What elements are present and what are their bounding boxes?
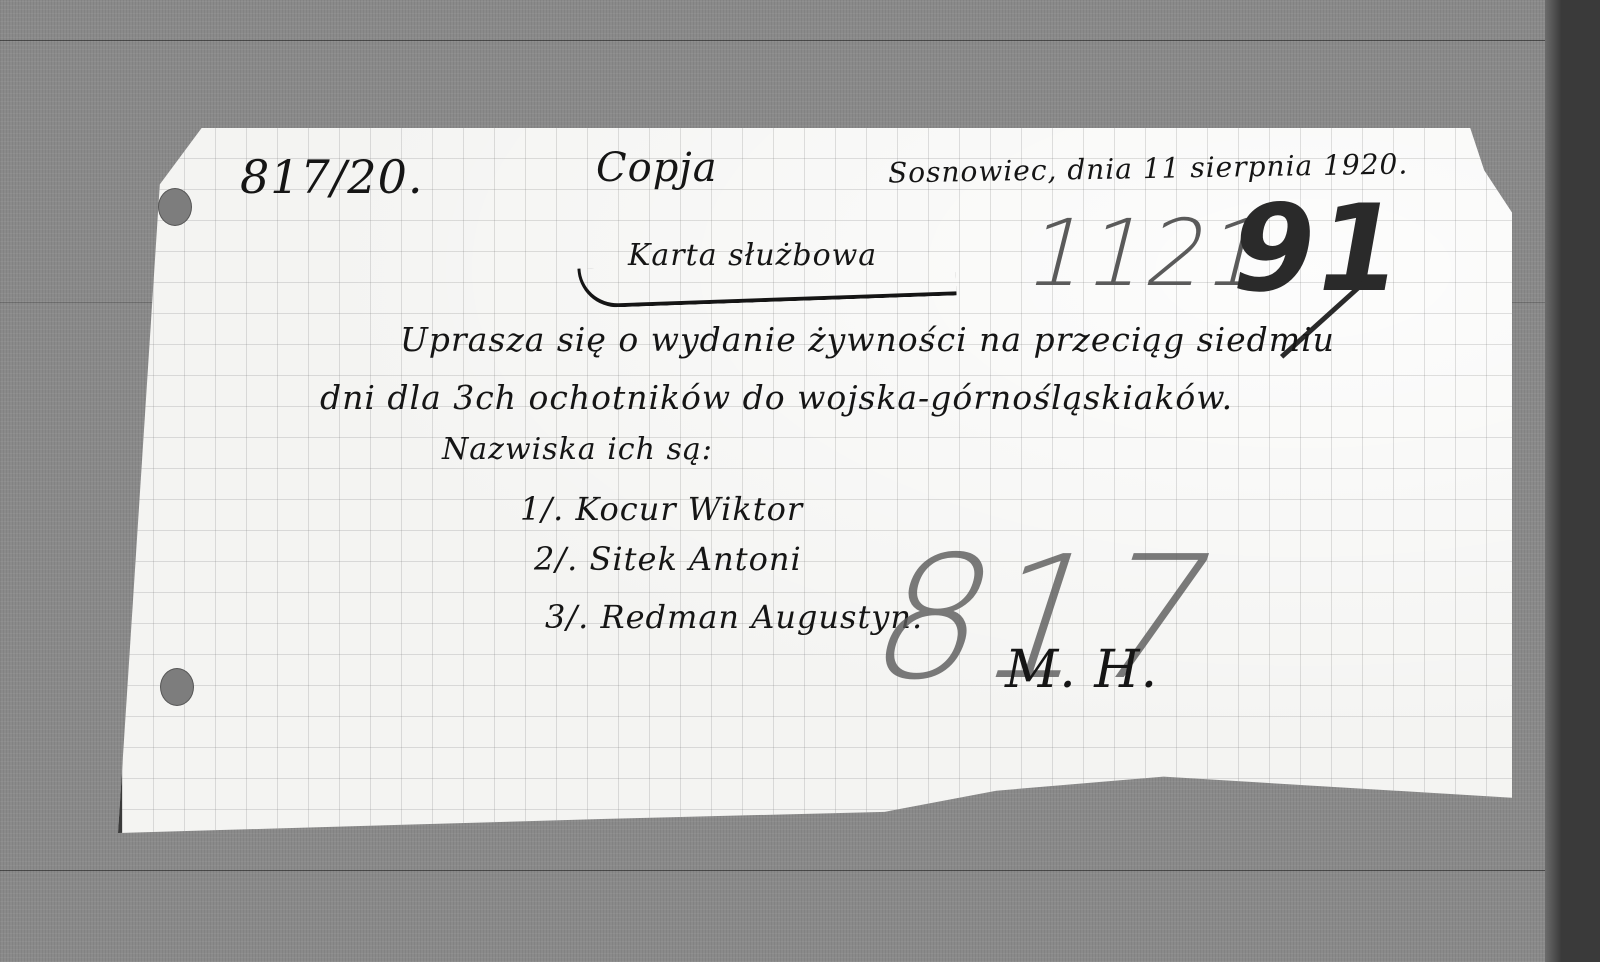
name-item-2: 2/. Sitek Antoni [534, 540, 802, 578]
copy-label: Copja [596, 145, 718, 191]
name-item-1: 1/. Kocur Wiktor [520, 490, 803, 528]
names-intro: Nazwiska ich są: [442, 432, 713, 467]
punch-hole-top [158, 188, 192, 226]
scan-line-top [0, 40, 1545, 41]
reference-number: 817/20. [240, 150, 423, 204]
ink-number: 91 [1220, 180, 1414, 319]
scan-line-bottom [0, 870, 1545, 871]
name-item-3: 3/. Redman Augustyn. [545, 598, 923, 636]
initials-signature: M. H. [1005, 640, 1158, 700]
body-line-1: Uprasza się o wydanie żywności na przeci… [400, 320, 1335, 359]
scanner-edge-strip [1545, 0, 1600, 962]
body-line-2: dni dla 3ch ochotników do wojska-górnośl… [320, 378, 1233, 417]
punch-hole-bottom [160, 668, 194, 706]
